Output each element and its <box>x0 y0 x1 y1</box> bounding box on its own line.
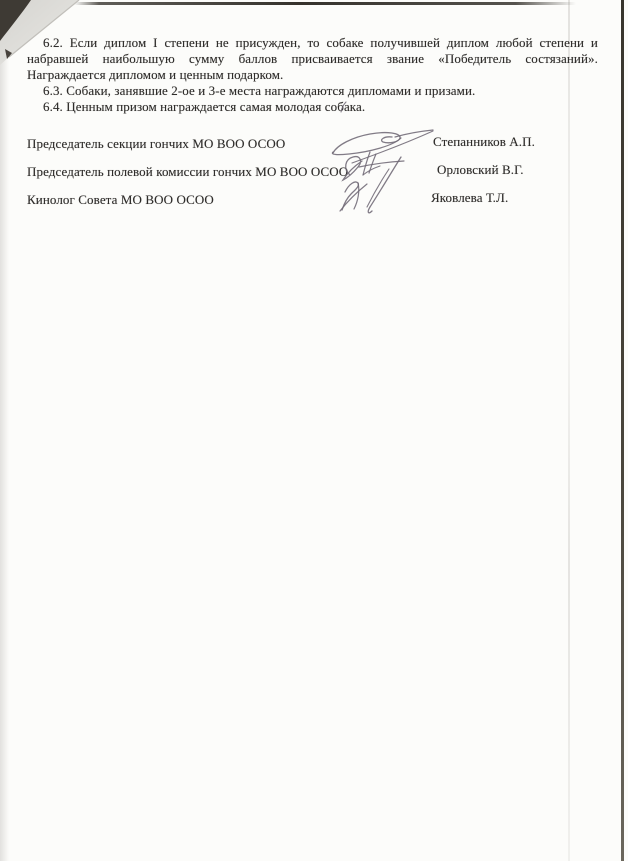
scan-left-shadow <box>0 28 9 861</box>
scanned-page: 6.2. Если диплом I степени не присужден,… <box>0 0 628 861</box>
clause-6-3: 6.3. Собаки, занявшие 2-ое и 3-е места н… <box>27 83 598 99</box>
paper-fold-line <box>568 0 570 861</box>
clauses-paragraph: 6.2. Если диплом I степени не присужден,… <box>27 35 598 115</box>
handwritten-signatures <box>325 95 440 227</box>
scan-top-edge <box>74 2 576 5</box>
signatory-title: Председатель секции гончих МО ВОО ОСОО <box>27 136 285 151</box>
signatory-title: Кинолог Совета МО ВОО ОСОО <box>27 192 214 207</box>
clause-6-2-line-3: Награждается дипломом и ценным подарком. <box>27 67 598 83</box>
signatory-title: Председатель полевой комиссии гончих МО … <box>27 164 348 179</box>
signatory-name: Яковлева Т.Л. <box>431 190 508 205</box>
stepannikov-signature <box>332 130 433 163</box>
clause-6-4: 6.4. Ценным призом награждается самая мо… <box>27 99 598 115</box>
signatory-name: Орловский В.Г. <box>437 162 524 177</box>
clause-6-2-line-2: набравшей наибольшую сумму баллов присва… <box>27 51 598 67</box>
clause-6-2-line-1: 6.2. Если диплом I степени не присужден,… <box>27 35 598 51</box>
ink-tick <box>341 102 346 112</box>
signatory-name: Степанников А.П. <box>433 134 535 149</box>
scan-right-edge <box>621 0 624 861</box>
